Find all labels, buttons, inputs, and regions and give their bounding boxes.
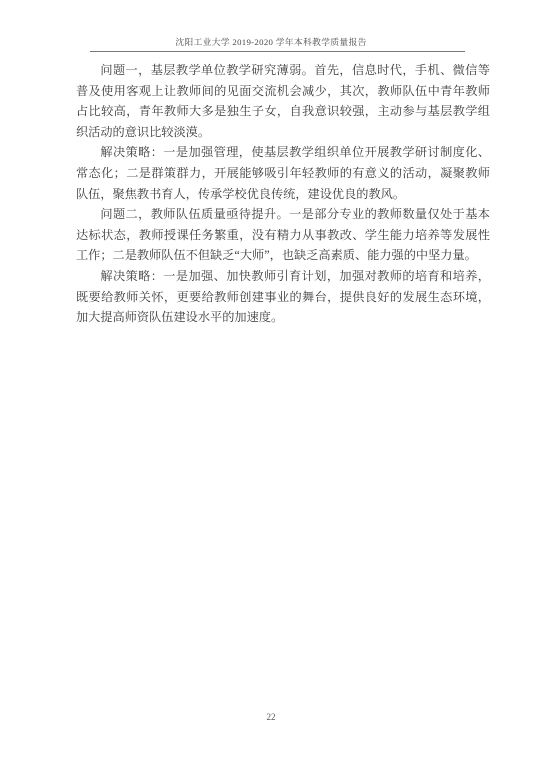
paragraph-solution-2: 解决策略：一是加强、加快教师引育计划，加强对教师的培育和培养，既要给教师关怀，更… xyxy=(76,266,490,328)
page-header: 沈阳工业大学 2019-2020 学年本科教学质量报告 xyxy=(0,37,542,48)
page-body: 问题一，基层教学单位教学研究薄弱。首先，信息时代，手机、微信等普及使用客观上让教… xyxy=(76,60,490,328)
page-number: 22 xyxy=(267,712,276,722)
document-page: 沈阳工业大学 2019-2020 学年本科教学质量报告 问题一，基层教学单位教学… xyxy=(0,0,542,768)
running-title: 沈阳工业大学 2019-2020 学年本科教学质量报告 xyxy=(175,37,366,47)
paragraph-problem-2: 问题二，教师队伍质量亟待提升。一是部分专业的教师数量仅处于基本达标状态，教师授课… xyxy=(76,204,490,266)
paragraph-problem-1: 问题一，基层教学单位教学研究薄弱。首先，信息时代，手机、微信等普及使用客观上让教… xyxy=(76,60,490,142)
header-rule xyxy=(90,51,465,52)
paragraph-solution-1: 解决策略：一是加强管理，使基层教学组织单位开展教学研讨制度化、常态化；二是群策群… xyxy=(76,142,490,204)
page-footer: 22 xyxy=(0,711,542,723)
